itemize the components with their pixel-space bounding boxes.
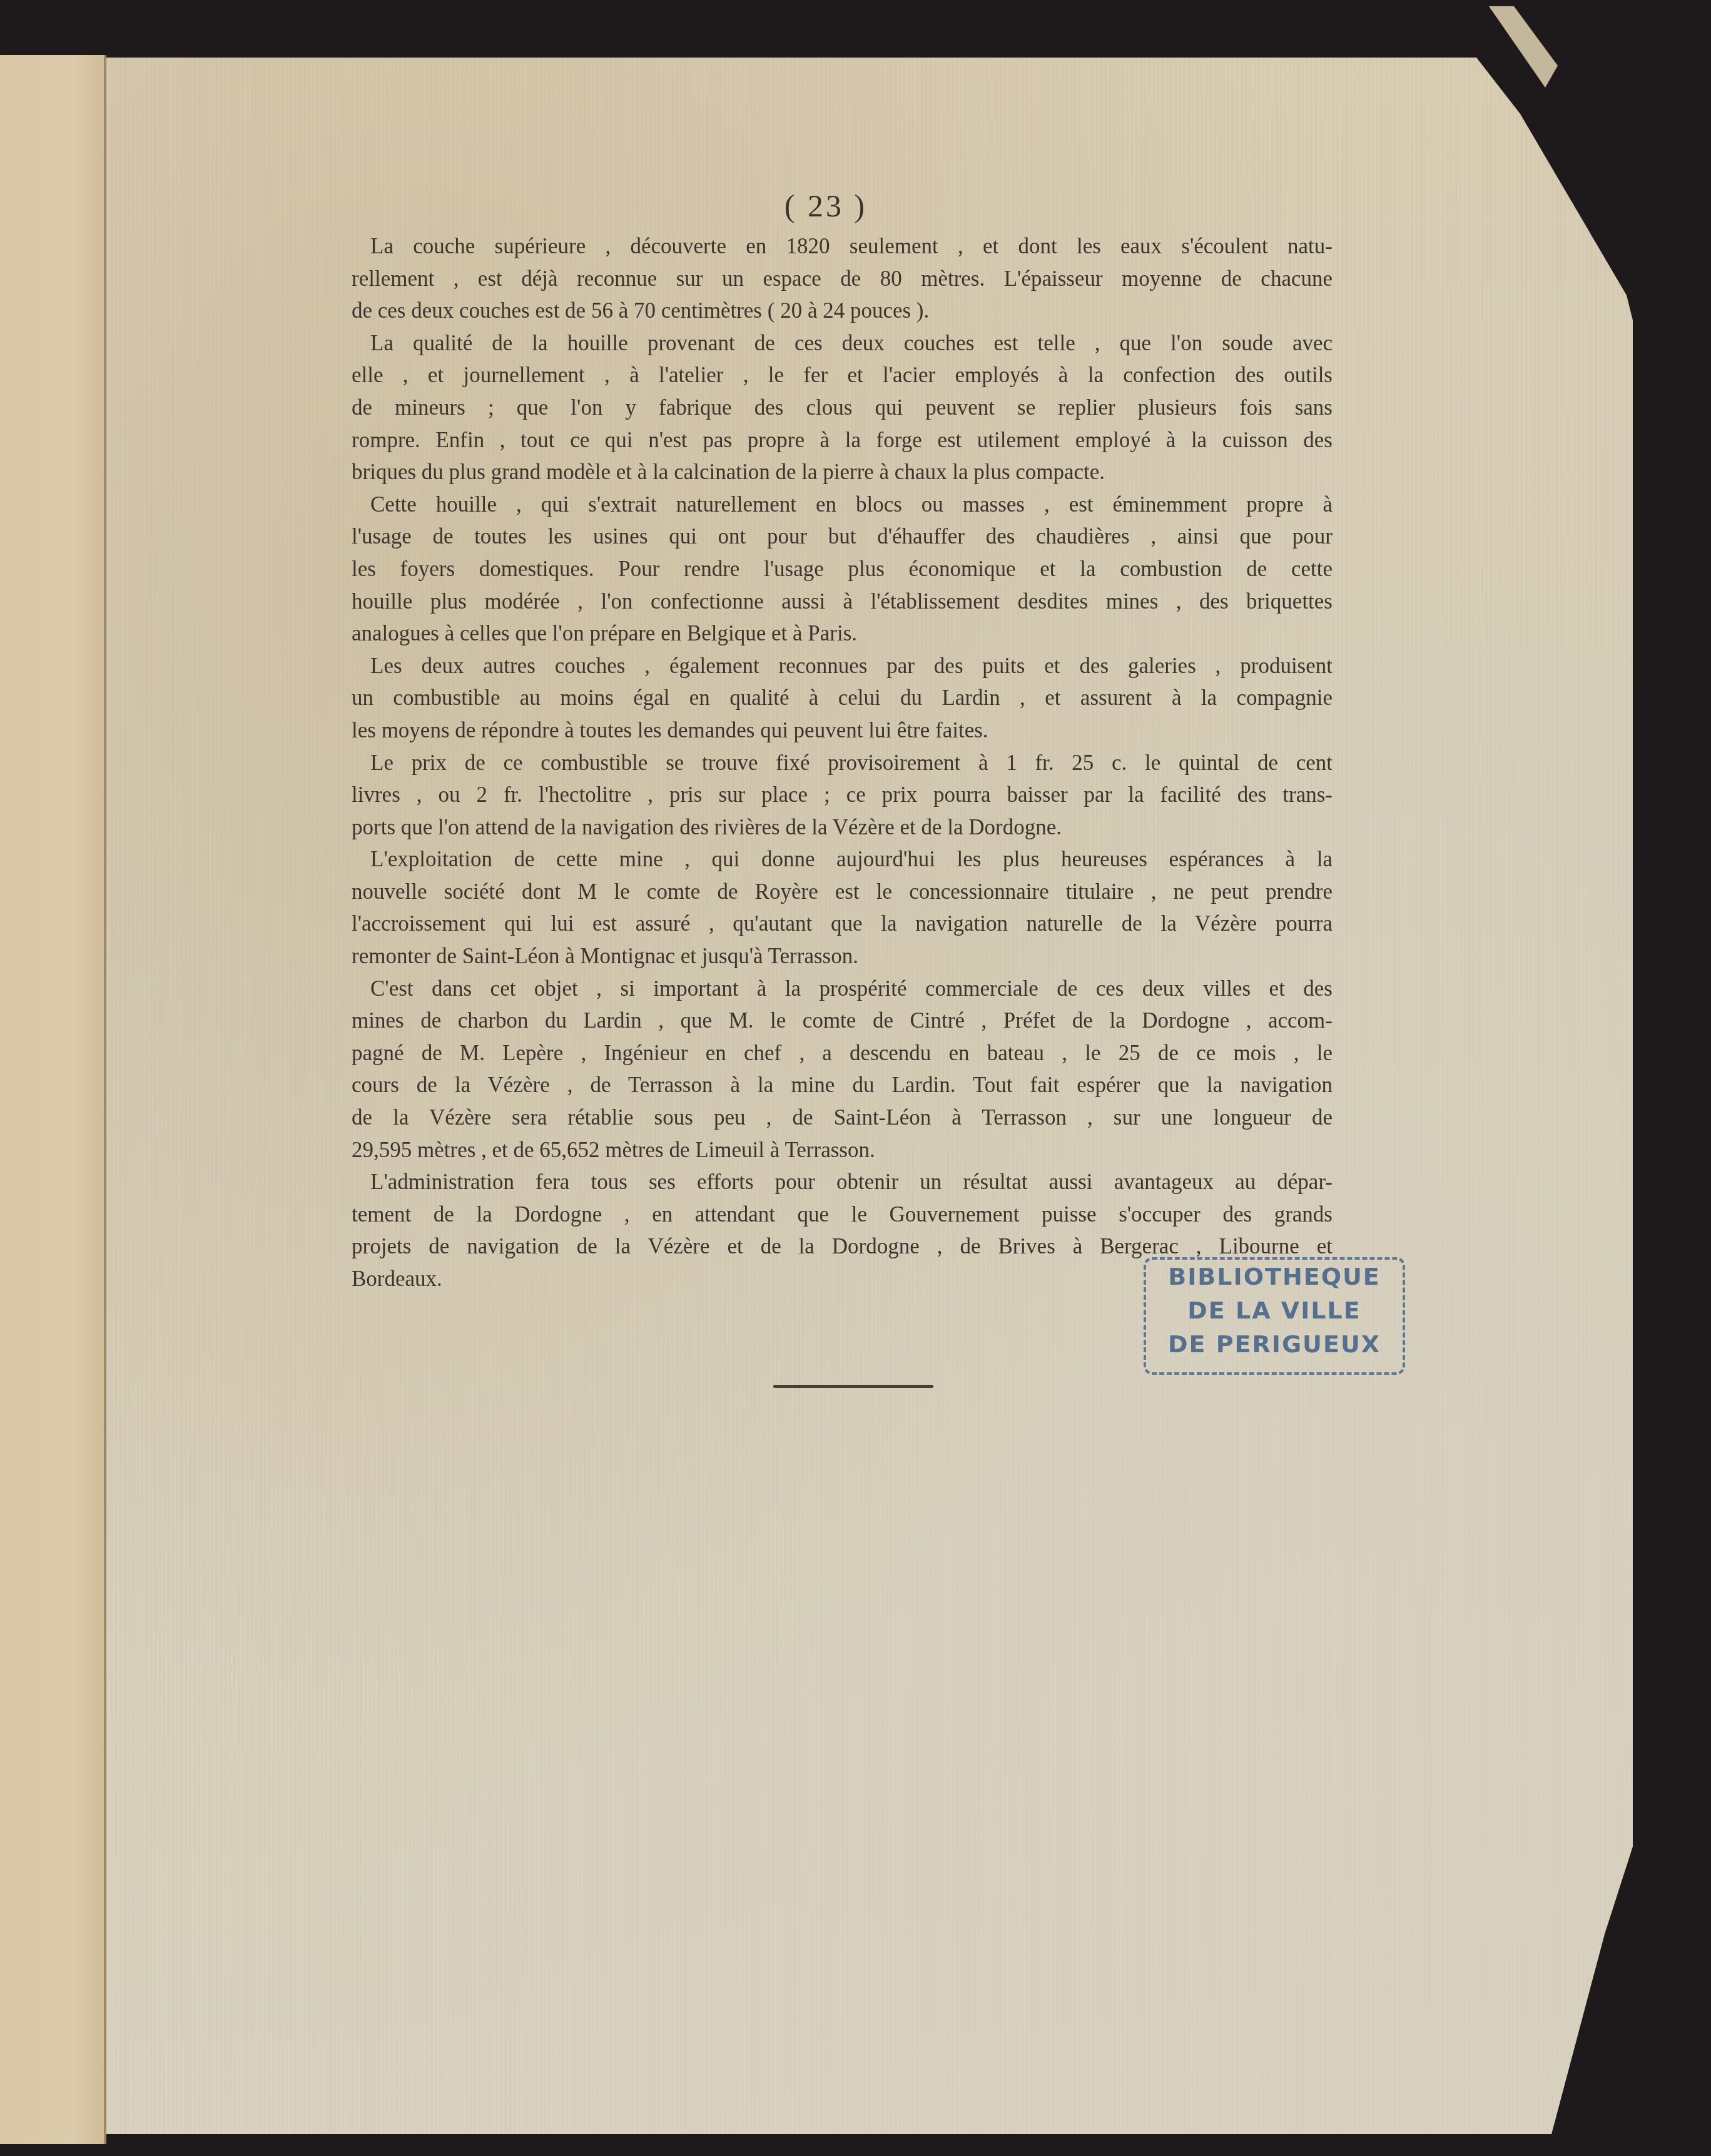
text-line: 29,595 mètres , et de 65,652 mètres de L… xyxy=(352,1134,1333,1167)
text-line: pagné de M. Lepère , Ingénieur en chef ,… xyxy=(352,1037,1333,1070)
text-line: tement de la Dordogne , en attendant que… xyxy=(352,1198,1333,1231)
folded-corner xyxy=(1489,6,1564,88)
text-line: Cette houille , qui s'extrait naturellem… xyxy=(352,488,1333,521)
text-line: les foyers domestiques. Pour rendre l'us… xyxy=(352,553,1333,585)
text-line: La couche supérieure , découverte en 182… xyxy=(352,230,1333,263)
text-line: elle , et journellement , à l'atelier , … xyxy=(352,359,1333,392)
body-text: La couche supérieure , découverte en 182… xyxy=(352,230,1333,1295)
text-line: rellement , est déjà reconnue sur un esp… xyxy=(352,263,1333,295)
text-line: cours de la Vézère , de Terrasson à la m… xyxy=(352,1069,1333,1101)
end-rule-divider xyxy=(773,1385,933,1388)
paragraph-2: La qualité de la houille provenant de ce… xyxy=(352,327,1333,488)
text-line: analogues à celles que l'on prépare en B… xyxy=(352,617,1333,650)
text-line: Le prix de ce combustible se trouve fixé… xyxy=(352,747,1333,779)
text-line: L'administration fera tous ses efforts p… xyxy=(352,1166,1333,1198)
text-line: de mineurs ; que l'on y fabrique des clo… xyxy=(352,392,1333,424)
text-line: de la Vézère sera rétablie sous peu , de… xyxy=(352,1101,1333,1134)
text-line: rompre. Enfin , tout ce qui n'est pas pr… xyxy=(352,424,1333,457)
text-line: L'exploitation de cette mine , qui donne… xyxy=(352,843,1333,876)
paragraph-6: L'exploitation de cette mine , qui donne… xyxy=(352,843,1333,972)
paragraph-1: La couche supérieure , découverte en 182… xyxy=(352,230,1333,327)
paragraph-7: C'est dans cet objet , si important à la… xyxy=(352,973,1333,1167)
text-line: ports que l'on attend de la navigation d… xyxy=(352,811,1333,844)
paragraph-4: Les deux autres couches , également reco… xyxy=(352,650,1333,747)
stamp-line: BIBLIOTHEQUE xyxy=(1146,1260,1403,1293)
text-line: mines de charbon du Lardin , que M. le c… xyxy=(352,1005,1333,1037)
paragraph-3: Cette houille , qui s'extrait naturellem… xyxy=(352,488,1333,650)
text-line: La qualité de la houille provenant de ce… xyxy=(352,327,1333,360)
page-number: ( 23 ) xyxy=(763,188,888,224)
text-line: de ces deux couches est de 56 à 70 centi… xyxy=(352,295,1333,327)
library-stamp: BIBLIOTHEQUE DE LA VILLE DE PERIGUEUX xyxy=(1144,1257,1405,1375)
page-gutter xyxy=(104,55,106,2144)
text-line: briques du plus grand modèle et à la cal… xyxy=(352,456,1333,488)
text-line: remonter de Saint-Léon à Montignac et ju… xyxy=(352,940,1333,973)
text-line: houille plus modérée , l'on confectionne… xyxy=(352,585,1333,618)
text-line: l'accroissement qui lui est assuré , qu'… xyxy=(352,908,1333,940)
text-line: les moyens de répondre à toutes les dema… xyxy=(352,714,1333,747)
paragraph-5: Le prix de ce combustible se trouve fixé… xyxy=(352,747,1333,844)
stamp-line: DE LA VILLE xyxy=(1146,1293,1403,1327)
text-line: nouvelle société dont M le comte de Royè… xyxy=(352,876,1333,908)
adjacent-page-edge xyxy=(0,55,106,2144)
text-line: l'usage de toutes les usines qui ont pou… xyxy=(352,520,1333,553)
text-line: C'est dans cet objet , si important à la… xyxy=(352,973,1333,1005)
stamp-line: DE PERIGUEUX xyxy=(1146,1327,1403,1361)
text-line: un combustible au moins égal en qualité … xyxy=(352,682,1333,714)
text-line: livres , ou 2 fr. l'hectolitre , pris su… xyxy=(352,779,1333,811)
text-line: Les deux autres couches , également reco… xyxy=(352,650,1333,682)
